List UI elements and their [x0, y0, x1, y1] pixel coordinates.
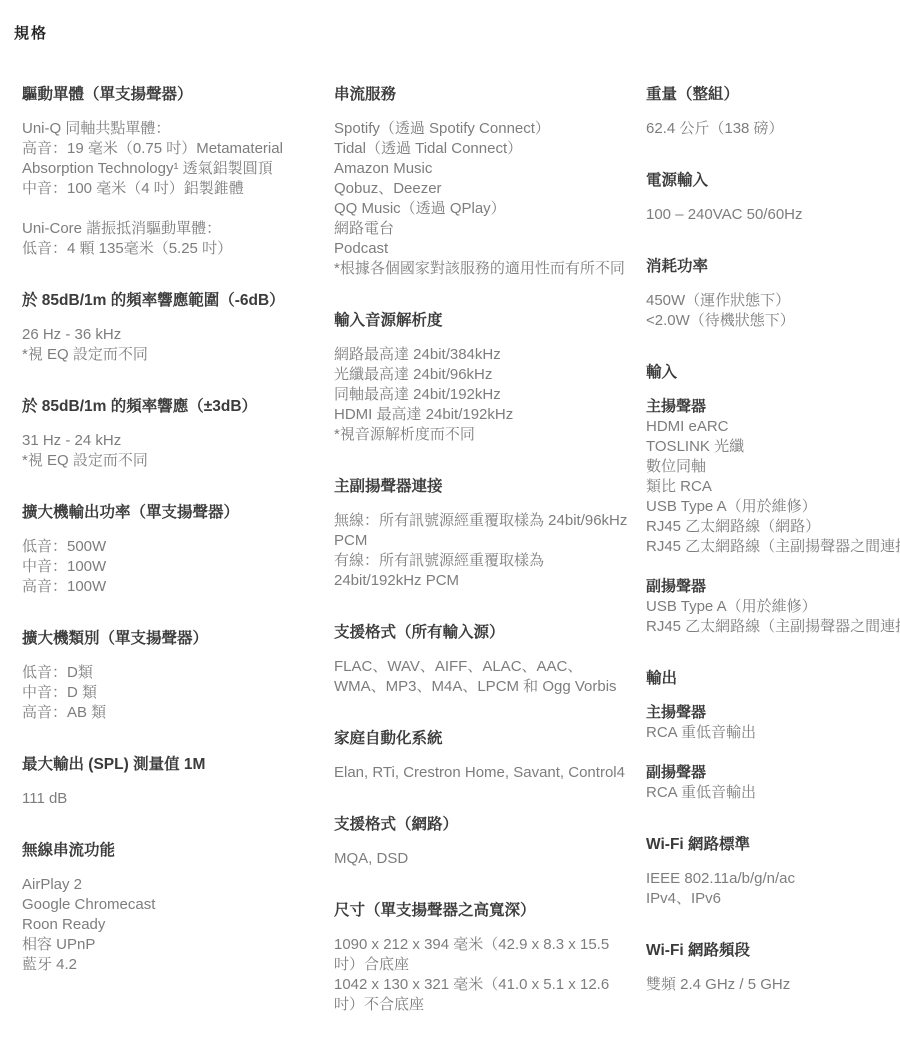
spec-paragraph: IEEE 802.11a/b/g/n/acIPv4、IPv6 [646, 869, 900, 909]
spec-paragraph: FLAC、WAV、AIFF、ALAC、AAC、WMA、MP3、M4A、LPCM … [334, 657, 636, 697]
spec-line: Amazon Music [334, 159, 636, 179]
spec-line: PCM [334, 531, 636, 551]
spec-paragraph: Spotify（透過 Spotify Connect）Tidal（透過 Tida… [334, 119, 636, 279]
page-title: 規格 [14, 24, 48, 44]
spec-line: Spotify（透過 Spotify Connect） [334, 119, 636, 139]
spec-subheading: 副揚聲器 [646, 763, 900, 783]
spec-paragraph: Elan, RTi, Crestron Home, Savant, Contro… [334, 763, 636, 783]
spec-line: 網路電台 [334, 219, 636, 239]
spec-line: 中音：100W [22, 557, 322, 577]
spec-line: 高音：100W [22, 577, 322, 597]
spec-section: 輸入主揚聲器HDMI eARCTOSLINK 光纖數位同軸類比 RCAUSB T… [646, 363, 900, 637]
spec-paragraph: 1090 x 212 x 394 毫米（42.9 x 8.3 x 15.5吋）合… [334, 935, 636, 1015]
section-heading: Wi-Fi 網路標準 [646, 835, 900, 855]
spec-line: QQ Music（透過 QPlay） [334, 199, 636, 219]
spec-line: WMA、MP3、M4A、LPCM 和 Ogg Vorbis [334, 677, 636, 697]
spec-line: 24bit/192kHz PCM [334, 571, 636, 591]
section-heading: 家庭自動化系統 [334, 729, 636, 749]
section-heading: 擴大機輸出功率（單支揚聲器） [22, 503, 322, 523]
spec-section: 於 85dB/1m 的頻率響應（±3dB）31 Hz - 24 kHz*視 EQ… [22, 397, 322, 471]
spec-line: 31 Hz - 24 kHz [22, 431, 322, 451]
spec-section: 串流服務Spotify（透過 Spotify Connect）Tidal（透過 … [334, 85, 636, 279]
spec-line: 低音：D類 [22, 663, 322, 683]
spec-line: RCA 重低音輸出 [646, 723, 900, 743]
spec-section: 輸出主揚聲器RCA 重低音輸出副揚聲器RCA 重低音輸出 [646, 669, 900, 803]
section-heading: 尺寸（單支揚聲器之高寬深） [334, 901, 636, 921]
spec-line: FLAC、WAV、AIFF、ALAC、AAC、 [334, 657, 636, 677]
section-heading: 重量（整組） [646, 85, 900, 105]
spec-column-left: 驅動單體（單支揚聲器）Uni-Q 同軸共點單體：高音：19 毫米（0.75 吋）… [22, 85, 322, 1007]
spec-line: 中音：100 毫米（4 吋）鋁製錐體 [22, 179, 322, 199]
spec-line: 類比 RCA [646, 477, 900, 497]
spec-paragraph: 111 dB [22, 789, 322, 809]
section-heading: 驅動單體（單支揚聲器） [22, 85, 322, 105]
spec-line: HDMI eARC [646, 417, 900, 437]
spec-section: 電源輸入100 – 240VAC 50/60Hz [646, 171, 900, 225]
spec-section: 支援格式（網路）MQA, DSD [334, 815, 636, 869]
spec-paragraph: 無線：所有訊號源經重覆取樣為 24bit/96kHzPCM有線：所有訊號源經重覆… [334, 511, 636, 591]
spec-paragraph: 31 Hz - 24 kHz*視 EQ 設定而不同 [22, 431, 322, 471]
spec-paragraph: 低音：D類中音：D 類高音：AB 類 [22, 663, 322, 723]
spec-line: IEEE 802.11a/b/g/n/ac [646, 869, 900, 889]
spec-line: 450W（運作狀態下） [646, 291, 900, 311]
spec-paragraph: 副揚聲器RCA 重低音輸出 [646, 763, 900, 803]
spec-line: RCA 重低音輸出 [646, 783, 900, 803]
spec-line: RJ45 乙太網路線（主副揚聲器之間連接） [646, 617, 900, 637]
spec-line: 網路最高達 24bit/384kHz [334, 345, 636, 365]
spec-line: 吋）不合底座 [334, 995, 636, 1015]
spec-line: *視音源解析度而不同 [334, 425, 636, 445]
spec-paragraph: 副揚聲器USB Type A（用於維修）RJ45 乙太網路線（主副揚聲器之間連接… [646, 577, 900, 637]
spec-line: USB Type A（用於維修） [646, 597, 900, 617]
section-heading: 於 85dB/1m 的頻率響應（±3dB） [22, 397, 322, 417]
spec-line: Podcast [334, 239, 636, 259]
spec-line: *視 EQ 設定而不同 [22, 451, 322, 471]
spec-line: RJ45 乙太網路線（網路） [646, 517, 900, 537]
spec-paragraph: Uni-Core 諧振抵消驅動單體：低音：4 顆 135毫米（5.25 吋） [22, 219, 322, 259]
spec-section: 驅動單體（單支揚聲器）Uni-Q 同軸共點單體：高音：19 毫米（0.75 吋）… [22, 85, 322, 259]
spec-line: <2.0W（待機狀態下） [646, 311, 900, 331]
spec-line: *視 EQ 設定而不同 [22, 345, 322, 365]
spec-paragraph: 網路最高達 24bit/384kHz光纖最高達 24bit/96kHz同軸最高達… [334, 345, 636, 445]
spec-paragraph: Uni-Q 同軸共點單體：高音：19 毫米（0.75 吋）Metamateria… [22, 119, 322, 199]
section-heading: 串流服務 [334, 85, 636, 105]
spec-line: 62.4 公斤（138 磅） [646, 119, 900, 139]
spec-section: 主副揚聲器連接無線：所有訊號源經重覆取樣為 24bit/96kHzPCM有線：所… [334, 477, 636, 591]
spec-line: 高音：AB 類 [22, 703, 322, 723]
spec-column-middle: 串流服務Spotify（透過 Spotify Connect）Tidal（透過 … [334, 85, 636, 1044]
spec-paragraph: 雙頻 2.4 GHz / 5 GHz [646, 975, 900, 995]
section-heading: 輸出 [646, 669, 900, 689]
spec-line: Uni-Q 同軸共點單體： [22, 119, 322, 139]
spec-section: 最大輸出 (SPL) 測量值 1M111 dB [22, 755, 322, 809]
section-heading: Wi-Fi 網路頻段 [646, 941, 900, 961]
spec-line: 藍牙 4.2 [22, 955, 322, 975]
section-heading: 支援格式（所有輸入源） [334, 623, 636, 643]
spec-line: TOSLINK 光纖 [646, 437, 900, 457]
spec-line: 同軸最高達 24bit/192kHz [334, 385, 636, 405]
spec-line: *根據各個國家對該服務的適用性而有所不同 [334, 259, 636, 279]
spec-line: Tidal（透過 Tidal Connect） [334, 139, 636, 159]
spec-line: USB Type A（用於維修） [646, 497, 900, 517]
spec-line: 26 Hz - 36 kHz [22, 325, 322, 345]
spec-line: 低音：500W [22, 537, 322, 557]
section-heading: 輸入 [646, 363, 900, 383]
spec-line: Qobuz、Deezer [334, 179, 636, 199]
spec-subheading: 主揚聲器 [646, 703, 900, 723]
spec-line: HDMI 最高達 24bit/192kHz [334, 405, 636, 425]
spec-section: 輸入音源解析度網路最高達 24bit/384kHz光纖最高達 24bit/96k… [334, 311, 636, 445]
spec-line: 1090 x 212 x 394 毫米（42.9 x 8.3 x 15.5 [334, 935, 636, 955]
spec-line: 100 – 240VAC 50/60Hz [646, 205, 900, 225]
spec-section: 擴大機輸出功率（單支揚聲器）低音：500W中音：100W高音：100W [22, 503, 322, 597]
spec-subheading: 副揚聲器 [646, 577, 900, 597]
section-heading: 電源輸入 [646, 171, 900, 191]
section-heading: 主副揚聲器連接 [334, 477, 636, 497]
spec-line: 中音：D 類 [22, 683, 322, 703]
spec-section: 消耗功率450W（運作狀態下）<2.0W（待機狀態下） [646, 257, 900, 331]
spec-paragraph: MQA, DSD [334, 849, 636, 869]
spec-line: 1042 x 130 x 321 毫米（41.0 x 5.1 x 12.6 [334, 975, 636, 995]
spec-paragraph: 26 Hz - 36 kHz*視 EQ 設定而不同 [22, 325, 322, 365]
spec-line: 數位同軸 [646, 457, 900, 477]
spec-line: 吋）合底座 [334, 955, 636, 975]
section-heading: 消耗功率 [646, 257, 900, 277]
spec-paragraph: 低音：500W中音：100W高音：100W [22, 537, 322, 597]
spec-section: 無線串流功能AirPlay 2Google ChromecastRoon Rea… [22, 841, 322, 975]
spec-line: 111 dB [22, 789, 322, 809]
section-heading: 擴大機類別（單支揚聲器） [22, 629, 322, 649]
section-heading: 支援格式（網路） [334, 815, 636, 835]
spec-line: Google Chromecast [22, 895, 322, 915]
spec-section: 尺寸（單支揚聲器之高寬深）1090 x 212 x 394 毫米（42.9 x … [334, 901, 636, 1015]
section-heading: 無線串流功能 [22, 841, 322, 861]
spec-line: 無線：所有訊號源經重覆取樣為 24bit/96kHz [334, 511, 636, 531]
spec-line: IPv4、IPv6 [646, 889, 900, 909]
spec-line: 光纖最高達 24bit/96kHz [334, 365, 636, 385]
spec-section: Wi-Fi 網路頻段雙頻 2.4 GHz / 5 GHz [646, 941, 900, 995]
spec-section: 家庭自動化系統Elan, RTi, Crestron Home, Savant,… [334, 729, 636, 783]
spec-line: 相容 UPnP [22, 935, 322, 955]
spec-paragraph: 100 – 240VAC 50/60Hz [646, 205, 900, 225]
spec-line: AirPlay 2 [22, 875, 322, 895]
spec-line: Absorption Technology¹ 透氣鋁製圓頂 [22, 159, 322, 179]
spec-section: Wi-Fi 網路標準IEEE 802.11a/b/g/n/acIPv4、IPv6 [646, 835, 900, 909]
spec-line: Elan, RTi, Crestron Home, Savant, Contro… [334, 763, 636, 783]
spec-paragraph: 62.4 公斤（138 磅） [646, 119, 900, 139]
spec-section: 重量（整組）62.4 公斤（138 磅） [646, 85, 900, 139]
spec-line: 雙頻 2.4 GHz / 5 GHz [646, 975, 900, 995]
spec-line: Uni-Core 諧振抵消驅動單體： [22, 219, 322, 239]
spec-section: 於 85dB/1m 的頻率響應範圍（-6dB）26 Hz - 36 kHz*視 … [22, 291, 322, 365]
spec-line: RJ45 乙太網路線（主副揚聲器之間連接） [646, 537, 900, 557]
section-heading: 最大輸出 (SPL) 測量值 1M [22, 755, 322, 775]
spec-line: Roon Ready [22, 915, 322, 935]
spec-section: 支援格式（所有輸入源）FLAC、WAV、AIFF、ALAC、AAC、WMA、MP… [334, 623, 636, 697]
specifications-page: 規格 驅動單體（單支揚聲器）Uni-Q 同軸共點單體：高音：19 毫米（0.75… [0, 0, 900, 1044]
spec-paragraph: 主揚聲器HDMI eARCTOSLINK 光纖數位同軸類比 RCAUSB Typ… [646, 397, 900, 557]
spec-line: 高音：19 毫米（0.75 吋）Metamaterial [22, 139, 322, 159]
spec-section: 擴大機類別（單支揚聲器）低音：D類中音：D 類高音：AB 類 [22, 629, 322, 723]
spec-paragraph: 450W（運作狀態下）<2.0W（待機狀態下） [646, 291, 900, 331]
section-heading: 於 85dB/1m 的頻率響應範圍（-6dB） [22, 291, 322, 311]
spec-column-right: 重量（整組）62.4 公斤（138 磅）電源輸入100 – 240VAC 50/… [646, 85, 900, 1027]
spec-paragraph: AirPlay 2Google ChromecastRoon Ready相容 U… [22, 875, 322, 975]
spec-subheading: 主揚聲器 [646, 397, 900, 417]
section-heading: 輸入音源解析度 [334, 311, 636, 331]
spec-paragraph: 主揚聲器RCA 重低音輸出 [646, 703, 900, 743]
spec-line: 有線：所有訊號源經重覆取樣為 [334, 551, 636, 571]
spec-line: 低音：4 顆 135毫米（5.25 吋） [22, 239, 322, 259]
spec-line: MQA, DSD [334, 849, 636, 869]
